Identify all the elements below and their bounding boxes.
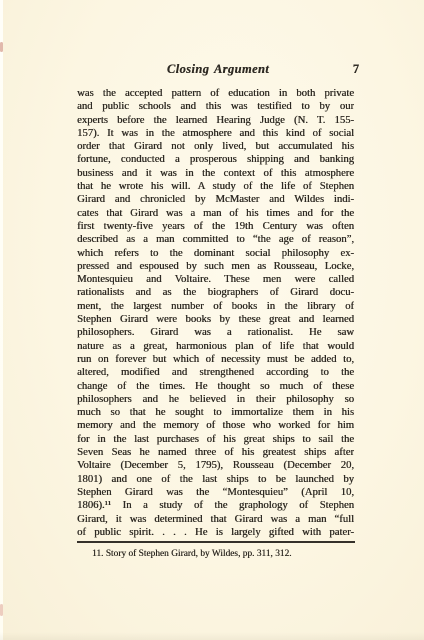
running-head: Closing Argument 7 <box>77 62 359 77</box>
body-line: change of the times. He thought so much … <box>77 380 354 393</box>
body-line: Voltaire (December 5, 1795), Rousseau (D… <box>77 459 354 472</box>
body-line: Stephen Girard were books by these great… <box>77 313 354 326</box>
body-line: that he wrote his will. A study of the l… <box>77 180 354 193</box>
body-line: Stephen Girard was the “Montesquieu” (Ap… <box>77 486 354 499</box>
body-line: memory and the memory of those who worke… <box>77 419 354 432</box>
footnote: 11. Story of Stephen Girard, by Wildes, … <box>92 549 354 560</box>
body-line: run on forever but which of necessity mu… <box>77 353 354 366</box>
body-line: philosophers and he believed in their ph… <box>77 393 354 406</box>
scan-bottom-shadow <box>0 632 424 640</box>
body-line: described as a man committed to “the age… <box>77 233 354 246</box>
body-line: altered, modified and strengthened accor… <box>77 366 354 379</box>
body-line: experts before the learned Hearing Judge… <box>77 114 354 127</box>
body-line: much so that he sought to immortalize th… <box>77 406 354 419</box>
body-line: Seven Seas he named three of his greates… <box>77 446 354 459</box>
footnote-divider <box>77 541 355 543</box>
scan-edge-strip <box>0 0 3 640</box>
body-line: was the accepted pattern of education in… <box>77 87 354 100</box>
body-line: and public schools and this was testifie… <box>77 100 354 113</box>
body-line: Girard and chronicled by McMaster and Wi… <box>77 193 354 206</box>
body-line: 1801) and one of the last ships to be la… <box>77 473 354 486</box>
scanned-book-page: Closing Argument 7 was the accepted patt… <box>0 0 424 640</box>
body-line: 157). It was in the atmosphere and this … <box>77 127 354 140</box>
body-line: Girard, it was determined that Girard wa… <box>77 513 354 526</box>
chapter-title: Closing Argument <box>77 62 359 77</box>
body-line: first twenty-five years of the 19th Cent… <box>77 220 354 233</box>
body-line: which refers to the dominant social phil… <box>77 247 354 260</box>
scan-edge-speck <box>0 42 3 52</box>
body-line: philosophers. Girard was a rationalist. … <box>77 326 354 339</box>
body-paragraph: was the accepted pattern of education in… <box>77 87 354 539</box>
body-line: order that Girard not only lived, but ac… <box>77 140 354 153</box>
body-line: nature as a great, harmonious plan of li… <box>77 340 354 353</box>
page-number: 7 <box>353 62 359 77</box>
body-line: for in the last purchases of his great s… <box>77 433 354 446</box>
body-line: 1806).¹¹ In a study of the graphology of… <box>77 499 354 512</box>
body-line: Montesquieu and Voltaire. These men were… <box>77 273 354 286</box>
scan-edge-speck <box>0 604 3 616</box>
body-line: of public spirit. . . . He is largely gi… <box>77 526 354 539</box>
body-line: pressed and espoused by such men as Rous… <box>77 260 354 273</box>
body-line: cates that Girard was a man of his times… <box>77 207 354 220</box>
body-line: ment, the largest number of books in the… <box>77 300 354 313</box>
body-line: fortune, conducted a prosperous shipping… <box>77 153 354 166</box>
body-line: rationalists and as the biographers of G… <box>77 286 354 299</box>
body-line: business and it was in the context of th… <box>77 167 354 180</box>
